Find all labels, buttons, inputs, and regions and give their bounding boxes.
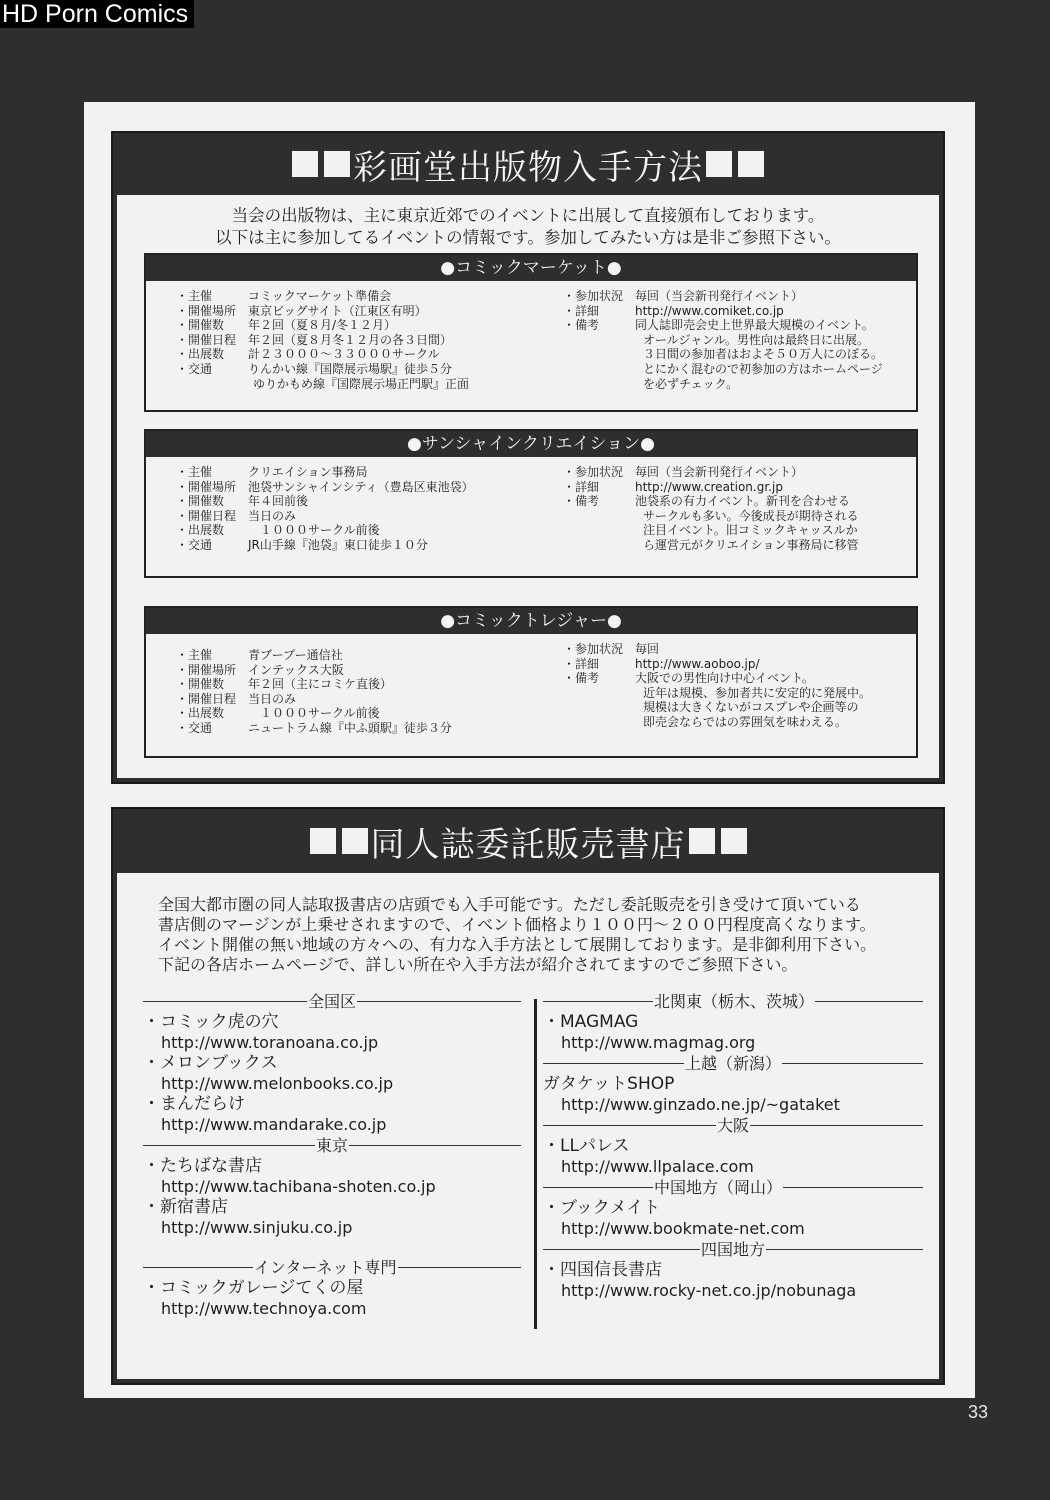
column-divider — [534, 999, 537, 1329]
intro-line: 当会の出版物は、主に東京近郊でのイベントに出展して直接頒布しております。 — [117, 205, 939, 227]
field-label: ・詳細 — [563, 480, 635, 495]
event-box-comic-treasure: ●コミックトレジャー● ・主催青ブーブー通信社 ・開催場所インテックス大阪 ・開… — [144, 606, 918, 758]
shop-name: ・まんだらけ — [143, 1094, 521, 1115]
shop-url-link[interactable]: http://www.mandarake.co.jp — [143, 1115, 521, 1135]
intro-text: 当会の出版物は、主に東京近郊でのイベントに出展して直接頒布しております。 以下は… — [117, 195, 939, 249]
shop-column-left: 全国区 ・コミック虎の穴 http://www.toranoana.co.jp … — [143, 991, 521, 1319]
field-label: ・開催日程 — [176, 509, 248, 524]
region-label: 大阪 — [716, 1116, 750, 1136]
region-label: インターネット専門 — [253, 1258, 398, 1278]
field-value-continued: とにかく混むので初参加の方はホームページ — [563, 362, 903, 377]
region-header: 大阪 — [543, 1115, 923, 1136]
field-value: 年２回（主にコミケ直後） — [248, 677, 392, 692]
field-label: ・開催場所 — [176, 304, 248, 319]
shop-name: ・四国信長書店 — [543, 1260, 923, 1281]
field-label: ・主催 — [176, 648, 248, 663]
field-value: 年４回前後 — [248, 494, 308, 509]
field-value: 当日のみ — [248, 509, 296, 524]
event-url-link[interactable]: http://www.comiket.co.jp — [635, 304, 784, 319]
event-title: ●コミックトレジャー● — [146, 608, 916, 634]
field-value: 毎回 — [635, 642, 659, 657]
field-label: ・詳細 — [563, 657, 635, 672]
shop-name: ガタケットSHOP — [543, 1074, 923, 1095]
field-label: ・交通 — [176, 721, 248, 736]
field-label: ・参加状況 — [563, 642, 635, 657]
region-header: 東京 — [143, 1135, 521, 1156]
field-label: ・開催日程 — [176, 692, 248, 707]
field-label: ・参加状況 — [563, 289, 635, 304]
field-value: １０００サークル前後 — [248, 706, 380, 721]
shop-directory: 全国区 ・コミック虎の穴 http://www.toranoana.co.jp … — [141, 991, 941, 1331]
event-details-right: ・参加状況毎回 ・詳細http://www.aoboo.jp/ ・備考大阪での男… — [563, 642, 903, 736]
field-value-continued: ゆりかもめ線『国際展示場正門駅』正面 — [176, 377, 563, 392]
intro-line: 全国大都市圏の同人誌取扱書店の店頭でも入手可能です。ただし委託販売を引き受けて頂… — [158, 895, 939, 915]
region-header: 中国地方（岡山） — [543, 1177, 923, 1198]
field-value: 東京ビッグサイト（江東区有明） — [248, 304, 427, 319]
region-header: 四国地方 — [543, 1239, 923, 1260]
square-bullet-icon — [706, 151, 732, 177]
shop-url-link[interactable]: http://www.toranoana.co.jp — [143, 1033, 521, 1053]
field-value: 同人誌即売会史上世界最大規模のイベント。 — [635, 318, 874, 333]
field-label: ・開催場所 — [176, 480, 248, 495]
square-bullet-icon — [689, 828, 715, 854]
section-title: 同人誌委託販売書店 — [113, 809, 943, 873]
region-label: 東京 — [315, 1136, 349, 1156]
field-label: ・詳細 — [563, 304, 635, 319]
shop-url-link[interactable]: http://www.melonbooks.co.jp — [143, 1074, 521, 1094]
event-box-sunshine-creation: ●サンシャインクリエイション● ・主催クリエイション事務局 ・開催場所池袋サンシ… — [144, 429, 918, 578]
region-header: 全国区 — [143, 991, 521, 1012]
field-value-continued: オールジャンル。男性向は最終日に出展。 — [563, 333, 903, 348]
shop-url-link[interactable]: http://www.sinjuku.co.jp — [143, 1218, 521, 1238]
shop-url-link[interactable]: http://www.llpalace.com — [543, 1157, 923, 1177]
field-value-continued: 近年は規模、参加者共に安定的に発展中。 — [563, 686, 903, 701]
shop-url-link[interactable]: http://www.rocky-net.co.jp/nobunaga — [543, 1281, 923, 1301]
shop-url-link[interactable]: http://www.magmag.org — [543, 1033, 923, 1053]
field-value-continued: 即売会ならではの雰囲気を味わえる。 — [563, 715, 903, 730]
event-url-link[interactable]: http://www.creation.gr.jp — [635, 480, 783, 495]
event-details-left: ・主催コミックマーケット準備会 ・開催場所東京ビッグサイト（江東区有明） ・開催… — [176, 289, 563, 391]
shop-name: ・ブックメイト — [543, 1198, 923, 1219]
shop-url-link[interactable]: http://www.bookmate-net.com — [543, 1219, 923, 1239]
region-header: インターネット専門 — [143, 1257, 521, 1278]
event-details-right: ・参加状況毎回（当会新刊発行イベント） ・詳細http://www.creati… — [563, 465, 903, 553]
field-label: ・開催数 — [176, 318, 248, 333]
field-value: りんかい線『国際展示場駅』徒歩５分 — [248, 362, 452, 377]
field-label: ・開催日程 — [176, 333, 248, 348]
square-bullet-icon — [342, 828, 368, 854]
field-value: 青ブーブー通信社 — [248, 648, 343, 663]
field-label: ・開催数 — [176, 677, 248, 692]
field-value: １０００サークル前後 — [248, 523, 380, 538]
field-label: ・開催場所 — [176, 663, 248, 678]
shop-name: ・コミック虎の穴 — [143, 1012, 521, 1033]
field-value: 池袋系の有力イベント。新刊を合わせる — [635, 494, 850, 509]
field-label: ・出展数 — [176, 347, 248, 362]
event-details-right: ・参加状況毎回（当会新刊発行イベント） ・詳細http://www.comike… — [563, 289, 903, 391]
region-header: 北関東（栃木、茨城） — [543, 991, 923, 1012]
region-label: 中国地方（岡山） — [653, 1178, 783, 1198]
field-value: 毎回（当会新刊発行イベント） — [635, 465, 803, 480]
shop-name: ・メロンブックス — [143, 1053, 521, 1074]
field-label: ・出展数 — [176, 706, 248, 721]
event-url-link[interactable]: http://www.aoboo.jp/ — [635, 657, 760, 672]
intro-line: 書店側のマージンが上乗せされますので、イベント価格より１００円～２００円程度高く… — [158, 915, 939, 935]
watermark-banner: HD Porn Comics — [0, 0, 194, 28]
event-title: ●コミックマーケット● — [146, 255, 916, 281]
field-label: ・参加状況 — [563, 465, 635, 480]
field-label: ・備考 — [563, 318, 635, 333]
field-value-continued: を必ずチェック。 — [563, 377, 903, 392]
region-label: 全国区 — [307, 992, 357, 1012]
region-label: 四国地方 — [700, 1240, 766, 1260]
square-bullet-icon — [721, 828, 747, 854]
shop-name: ・LLパレス — [543, 1136, 923, 1157]
intro-line: 以下は主に参加してるイベントの情報です。参加してみたい方は是非ご参照下さい。 — [117, 227, 939, 249]
square-bullet-icon — [738, 151, 764, 177]
field-value: 大阪での男性向け中心イベント。 — [635, 671, 814, 686]
shop-name: ・コミックガレージてくの屋 — [143, 1278, 521, 1299]
section-title-text: 彩画堂出版物入手方法 — [353, 140, 703, 189]
event-details-left: ・主催クリエイション事務局 ・開催場所池袋サンシャインシティ（豊島区東池袋） ・… — [176, 465, 563, 553]
field-value: 年２回（夏８月/冬１２月） — [248, 318, 396, 333]
square-bullet-icon — [324, 151, 350, 177]
section-body: 全国大都市圏の同人誌取扱書店の店頭でも入手可能です。ただし委託販売を引き受けて頂… — [117, 873, 939, 1379]
section-title: 彩画堂出版物入手方法 — [113, 133, 943, 195]
field-value: インテックス大阪 — [248, 663, 344, 678]
field-value: ニュートラム線『中ふ頭駅』徒歩３分 — [248, 721, 452, 736]
field-value: クリエイション事務局 — [248, 465, 368, 480]
field-value-continued: 規模は大きくないがコスプレや企画等の — [563, 700, 903, 715]
intro-line: 下記の各店ホームページで、詳しい所在や入手方法が紹介されてますのでご参照下さい。 — [158, 955, 939, 975]
section-event-info: 彩画堂出版物入手方法 当会の出版物は、主に東京近郊でのイベントに出展して直接頒布… — [111, 131, 945, 784]
field-value-continued: サークルも多い。今後成長が期待される — [563, 509, 903, 524]
field-value-continued: 注目イベント。旧コミックキャッスルか — [563, 523, 903, 538]
field-value: 年２回（夏８月冬１２月の各３日間） — [248, 333, 452, 348]
field-value: 池袋サンシャインシティ（豊島区東池袋） — [248, 480, 474, 495]
section-body: 当会の出版物は、主に東京近郊でのイベントに出展して直接頒布しております。 以下は… — [117, 195, 939, 778]
field-label: ・主催 — [176, 289, 248, 304]
square-bullet-icon — [310, 828, 336, 854]
field-label: ・交通 — [176, 362, 248, 377]
field-label: ・備考 — [563, 494, 635, 509]
shop-url-link[interactable]: http://www.technoya.com — [143, 1299, 521, 1319]
shop-name: ・新宿書店 — [143, 1197, 521, 1218]
intro-line: イベント開催の無い地域の方々への、有力な入手方法として展開しております。是非御利… — [158, 935, 939, 955]
event-details-left: ・主催青ブーブー通信社 ・開催場所インテックス大阪 ・開催数年２回（主にコミケ直… — [176, 648, 563, 736]
shop-url-link[interactable]: http://www.ginzado.ne.jp/~gataket — [543, 1095, 923, 1115]
shop-name: ・MAGMAG — [543, 1012, 923, 1033]
section-title-text: 同人誌委託販売書店 — [371, 817, 686, 866]
field-label: ・出展数 — [176, 523, 248, 538]
event-title: ●サンシャインクリエイション● — [146, 431, 916, 457]
section-consignment-shops: 同人誌委託販売書店 全国大都市圏の同人誌取扱書店の店頭でも入手可能です。ただし委… — [111, 807, 945, 1385]
region-header: 上越（新潟） — [543, 1053, 923, 1074]
shop-url-link[interactable]: http://www.tachibana-shoten.co.jp — [143, 1177, 521, 1197]
field-value: 当日のみ — [248, 692, 296, 707]
field-value: 計２３０００～３３０００サークル — [248, 347, 440, 362]
field-value: コミックマーケット準備会 — [248, 289, 391, 304]
field-value: JR山手線『池袋』東口徒歩１０分 — [248, 538, 428, 553]
field-value: 毎回（当会新刊発行イベント） — [635, 289, 803, 304]
region-label: 上越（新潟） — [684, 1054, 782, 1074]
field-label: ・交通 — [176, 538, 248, 553]
shop-column-right: 北関東（栃木、茨城） ・MAGMAG http://www.magmag.org… — [543, 991, 923, 1301]
intro-text: 全国大都市圏の同人誌取扱書店の店頭でも入手可能です。ただし委託販売を引き受けて頂… — [117, 873, 939, 975]
field-value-continued: ３日間の参加者はおよそ５０万人にのぼる。 — [563, 347, 903, 362]
field-label: ・主催 — [176, 465, 248, 480]
field-label: ・開催数 — [176, 494, 248, 509]
shop-name: ・たちばな書店 — [143, 1156, 521, 1177]
field-label: ・備考 — [563, 671, 635, 686]
event-box-comic-market: ●コミックマーケット● ・主催コミックマーケット準備会 ・開催場所東京ビッグサイ… — [144, 253, 918, 412]
page-number: 33 — [968, 1402, 988, 1423]
square-bullet-icon — [292, 151, 318, 177]
region-label: 北関東（栃木、茨城） — [653, 992, 815, 1012]
field-value-continued: ら運営元がクリエイション事務局に移管 — [563, 538, 903, 553]
